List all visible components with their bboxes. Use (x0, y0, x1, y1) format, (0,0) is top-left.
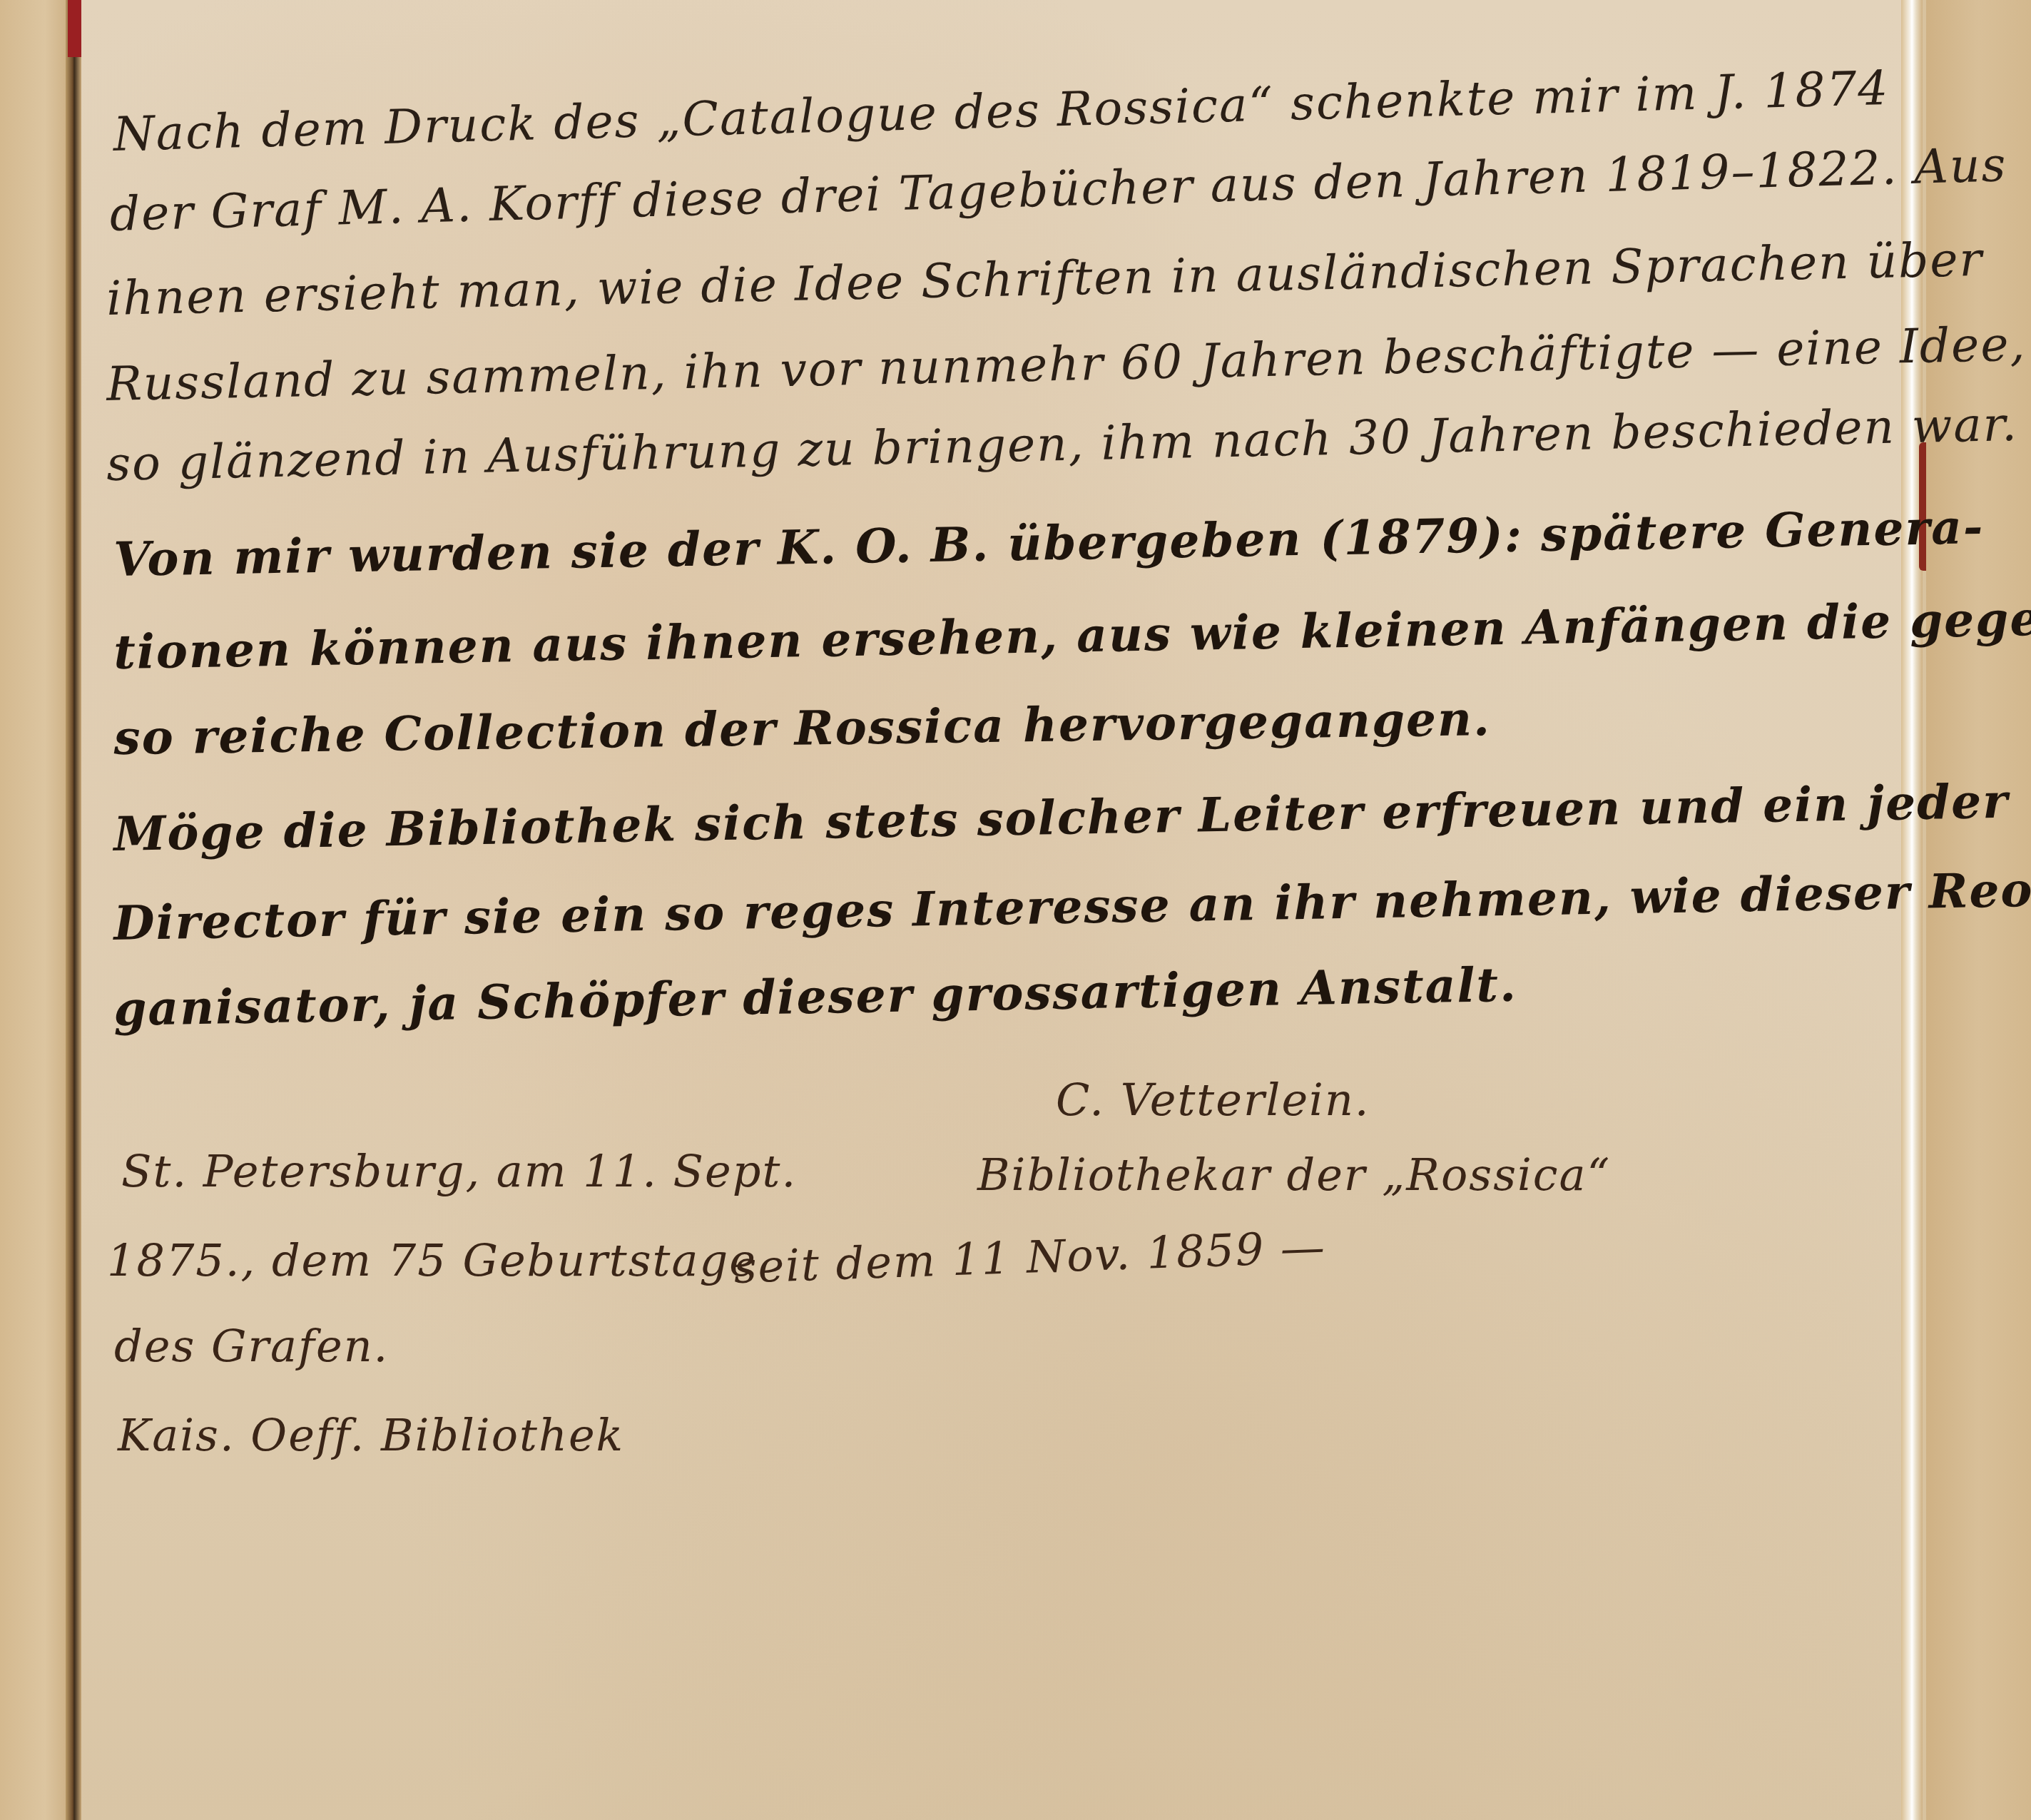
place-date-line-2: 1875., dem 75 Geburtstage (107, 1234, 757, 1286)
signature-name: C. Vetterlein. (1056, 1074, 1370, 1126)
left-binding-edge (66, 0, 81, 1820)
place-date-line-3: des Grafen. (114, 1320, 389, 1372)
library-note: Kais. Oeff. Bibliothek (118, 1409, 624, 1461)
facing-left-page (0, 0, 75, 1820)
place-date-line-1: St. Petersburg, am 11. Sept. (121, 1145, 797, 1197)
signature-title: Bibliothekar der „Rossica“ (977, 1149, 1611, 1201)
